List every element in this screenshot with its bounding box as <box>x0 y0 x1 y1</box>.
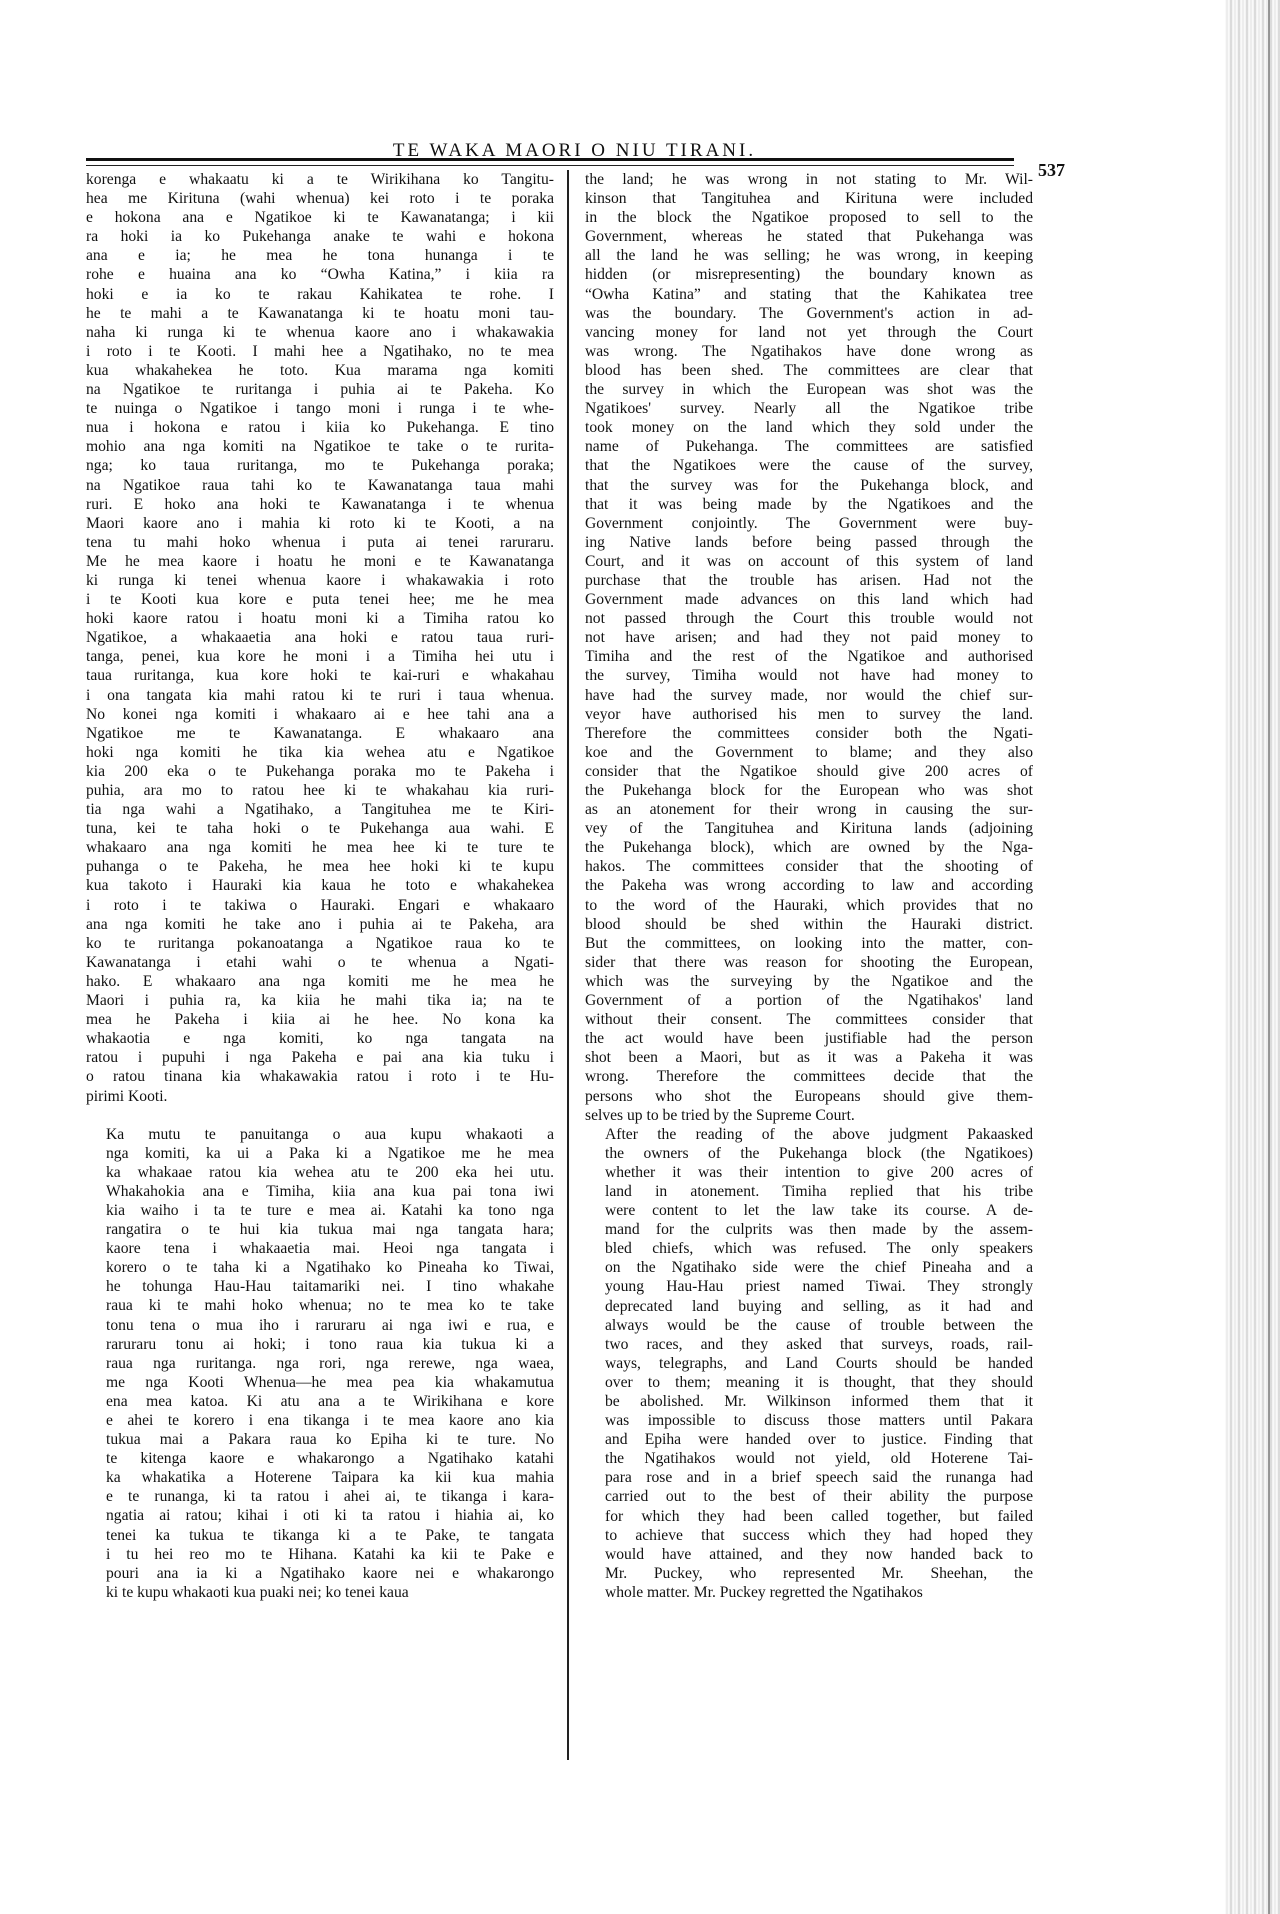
text-line: were content to let the law take its cou… <box>585 1201 1033 1220</box>
text-line: Government of a portion of the Ngatihako… <box>585 991 1033 1010</box>
text-line: ena mea katoa. Ki atu ana a te Wirikihan… <box>86 1392 554 1411</box>
text-line: Kawanatanga i etahi wahi o te whenua a N… <box>86 953 554 972</box>
text-line: blood should be shed within the Hauraki … <box>585 915 1033 934</box>
text-line: Court, and it was on account of this sys… <box>585 552 1033 571</box>
text-line: puhia, ara mo to ratou hee ki te whakaha… <box>86 781 554 800</box>
text-line: ra hoki ia ko Pukehanga anake te wahi e … <box>86 227 554 246</box>
text-line: have had the survey made, nor would the … <box>585 686 1033 705</box>
text-line: tuna, kei te taha hoki o te Pukehanga au… <box>86 819 554 838</box>
text-line: Maori i puhia ra, ka kiia he mahi tika i… <box>86 991 554 1010</box>
text-line: veyor have authorised his men to survey … <box>585 705 1033 724</box>
text-line: na Ngatikoe raua tahi ko te Kawanatanga … <box>86 476 554 495</box>
paragraph-english-judgment: the land; he was wrong in not stating to… <box>585 170 1033 1125</box>
text-line: i ona tangata kia mahi ratou ki te ruri … <box>86 686 554 705</box>
text-line: which was the surveying by the Ngatikoe … <box>585 972 1033 991</box>
text-line: land in atonement. Timiha replied that h… <box>585 1182 1033 1201</box>
text-line: was the boundary. The Government's actio… <box>585 304 1033 323</box>
text-line: sider that there was reason for shooting… <box>585 953 1033 972</box>
text-line: hoki e ia ko te rakau Kahikatea te rohe.… <box>86 285 554 304</box>
text-line: Maori kaore ano i mahia ki roto ki te Ko… <box>86 514 554 533</box>
text-line: to the word of the Hauraki, which provid… <box>585 896 1033 915</box>
text-line: selves up to be tried by the Supreme Cou… <box>585 1106 1033 1125</box>
text-line: tena tu mahi hoko whenua i puta ai tenei… <box>86 533 554 552</box>
text-line: tia nga wahi a Ngatihako, a Tangituhea m… <box>86 800 554 819</box>
text-line: tukua mai a Pakara raua ko Epiha ki te t… <box>86 1430 554 1449</box>
column-divider <box>567 170 569 1760</box>
text-line: not passed through the Court this troubl… <box>585 609 1033 628</box>
text-line: Whakahokia ana e Timiha, kiia ana kua pa… <box>86 1182 554 1201</box>
text-line: the survey, Timiha would not have had mo… <box>585 666 1033 685</box>
text-line: whakaaro ana nga komiti he mea hee ki te… <box>86 838 554 857</box>
text-line: ngatia ai ratou; kihai i oti ki ta ratou… <box>86 1506 554 1525</box>
text-line: hea me Kirituna (wahi whenua) kei roto i… <box>86 189 554 208</box>
text-line: whole matter. Mr. Puckey regretted the N… <box>585 1583 1033 1602</box>
text-line: young Hau-Hau priest named Tiwai. They s… <box>585 1277 1033 1296</box>
text-line: e ahei te korero i ena tikanga i te mea … <box>86 1411 554 1430</box>
text-line: the act would have been justifiable had … <box>585 1029 1033 1048</box>
text-line: blood has been shed. The committees are … <box>585 361 1033 380</box>
text-line: i roto i te Kooti. I mahi hee a Ngatihak… <box>86 342 554 361</box>
text-line: ratou i pupuhi i nga Pakeha e pai ana ki… <box>86 1048 554 1067</box>
text-line: Ngatikoe me te Kawanatanga. E whakaaro a… <box>86 724 554 743</box>
text-line: hoki nga komiti he tika kia wehea atu e … <box>86 743 554 762</box>
text-line: carried out to the best of their ability… <box>585 1487 1033 1506</box>
text-line: as an atonement for their wrong in causi… <box>585 800 1033 819</box>
text-line: nua i hokona e ratou i kiia ko Pukehanga… <box>86 418 554 437</box>
text-line: o ratou tinana kia whakawakia ratou i ro… <box>86 1067 554 1086</box>
text-line: ana nga komiti he take ano i puhia ai te… <box>86 915 554 934</box>
text-line: was wrong. The Ngatihakos have done wron… <box>585 342 1033 361</box>
text-line: ing Native lands before being passed thr… <box>585 533 1033 552</box>
text-line: pirimi Kooti. <box>86 1087 554 1106</box>
binding-edge-line <box>1268 0 1270 1914</box>
text-line: Therefore the committees consider both t… <box>585 724 1033 743</box>
text-line: kia 200 eka o te Pukehanga poraka mo te … <box>86 762 554 781</box>
text-line: mand for the culprits was then made by t… <box>585 1220 1033 1239</box>
text-line: all the land he was selling; he was wron… <box>585 246 1033 265</box>
text-line: mea he Pakeha i kiia ai he hee. No kona … <box>86 1010 554 1029</box>
text-line: kua takoto i Hauraki kia kaua he toto e … <box>86 876 554 895</box>
text-line: i roto i te takiwa o Hauraki. Engari e w… <box>86 896 554 915</box>
text-line: korero o te taha ki a Ngatihako ko Pinea… <box>86 1258 554 1277</box>
text-line: without their consent. The committees co… <box>585 1010 1033 1029</box>
paragraph-maori-judgment: korenga e whakaatu ki a te Wirikihana ko… <box>86 170 554 1106</box>
text-line: Government made advances on this land wh… <box>585 590 1033 609</box>
header-rule-thin <box>86 165 1014 166</box>
text-line: pouri ana ia ki a Ngatihako kaore nei e … <box>86 1564 554 1583</box>
text-line: korenga e whakaatu ki a te Wirikihana ko… <box>86 170 554 189</box>
text-line: the survey in which the European was sho… <box>585 380 1033 399</box>
text-line: na Ngatikoe te ruritanga i puhia ai te P… <box>86 380 554 399</box>
text-line: would have attained, and they now handed… <box>585 1545 1033 1564</box>
text-line: kaore tena i whakaaetia mai. Heoi nga ta… <box>86 1239 554 1258</box>
text-line: hoki kaore ratou i hoatu moni ki a Timih… <box>86 609 554 628</box>
text-line: Timiha and the rest of the Ngatikoe and … <box>585 647 1033 666</box>
text-line: koe and the Government to blame; and the… <box>585 743 1033 762</box>
text-line: over to them; meaning it is thought, tha… <box>585 1373 1033 1392</box>
running-header: TE WAKA MAORI O NIU TIRANI. 537 <box>88 140 1061 166</box>
newspaper-page: TE WAKA MAORI O NIU TIRANI. 537 korenga … <box>0 0 1280 1914</box>
text-line: consider that the Ngatikoe should give 2… <box>585 762 1033 781</box>
text-line: the owners of the Pukehanga block (the N… <box>585 1144 1033 1163</box>
text-line: e te runanga, ki ta ratou i ahei ai, te … <box>86 1487 554 1506</box>
header-rule-thick <box>86 158 1014 161</box>
text-line: in the block the Ngatikoe proposed to se… <box>585 208 1033 227</box>
text-line: tonu tena o mua iho i raruraru ai nga iw… <box>86 1316 554 1335</box>
text-line: he te mahi a te Kawanatanga ki te hoatu … <box>86 304 554 323</box>
text-line: i tu hei reo mo te Hihana. Katahi ka kii… <box>86 1545 554 1564</box>
text-line: the land; he was wrong in not stating to… <box>585 170 1033 189</box>
paragraph-english-proceedings: After the reading of the above judgment … <box>585 1125 1033 1602</box>
text-line: After the reading of the above judgment … <box>585 1125 1033 1144</box>
text-line: was impossible to discuss those matters … <box>585 1411 1033 1430</box>
text-line: kia waiho i ta te ture e mea ai. Katahi … <box>86 1201 554 1220</box>
text-line: mohio ana nga komiti na Ngatikoe te take… <box>86 437 554 456</box>
text-line: Ngatikoes' survey. Nearly all the Ngatik… <box>585 399 1033 418</box>
text-line: kua whakahekea he toto. Kua marama nga k… <box>86 361 554 380</box>
text-line: But the committees, on looking into the … <box>585 934 1033 953</box>
text-line: Government conjointly. The Government we… <box>585 514 1033 533</box>
text-line: raua nga ruritanga. nga rori, nga rerewe… <box>86 1354 554 1373</box>
text-line: e hokona ana e Ngatikoe ki te Kawanatang… <box>86 208 554 227</box>
text-line: No konei nga komiti i whakaaro ai e hee … <box>86 705 554 724</box>
text-line: he tohunga Hau-Hau taitamariki nei. I ti… <box>86 1277 554 1296</box>
text-line: to achieve that success which they had h… <box>585 1526 1033 1545</box>
text-line: i te Kooti kua kore e puta tenei hee; me… <box>86 590 554 609</box>
text-line: ki te kupu whakaoti kua puaki nei; ko te… <box>86 1583 554 1602</box>
text-line: nga komiti, ka ui a Paka ki a Ngatikoe m… <box>86 1144 554 1163</box>
text-line: taua ruritanga, kua kore hoki te kai-rur… <box>86 666 554 685</box>
left-column-maori-text: korenga e whakaatu ki a te Wirikihana ko… <box>86 170 554 1602</box>
text-line: shot been a Maori, but as it was a Pakeh… <box>585 1048 1033 1067</box>
text-line: deprecated land buying and selling, as i… <box>585 1297 1033 1316</box>
text-line: the Ngatihakos would not yield, old Hote… <box>585 1449 1033 1468</box>
text-line: ka whakaae ratou kia wehea atu te 200 ek… <box>86 1163 554 1182</box>
text-line: Mr. Puckey, who represented Mr. Sheehan,… <box>585 1564 1033 1583</box>
text-line: ki runga ki tenei whenua kaore i whakawa… <box>86 571 554 590</box>
text-line: naha ki runga ki te whenua kaore ano i w… <box>86 323 554 342</box>
text-line: nga; ko taua ruritanga, mo te Pukehanga … <box>86 456 554 475</box>
text-line: hakos. The committees consider that the … <box>585 857 1033 876</box>
text-line: tenei ka tukua te tikanga ki a te Pake, … <box>86 1526 554 1545</box>
text-line: and Epiha were handed over to justice. F… <box>585 1430 1033 1449</box>
text-line: ka whakatika a Hoterene Taipara ka kii k… <box>86 1468 554 1487</box>
text-line: whether it was their intention to give 2… <box>585 1163 1033 1182</box>
text-line: that the Ngatikoes were the cause of the… <box>585 456 1033 475</box>
text-line: raruraru tonu ai hoki; i tono raua kia t… <box>86 1335 554 1354</box>
text-line: always would be the cause of trouble bet… <box>585 1316 1033 1335</box>
text-line: the Pukehanga block), which are owned by… <box>585 838 1033 857</box>
text-line: for which they had been called together,… <box>585 1507 1033 1526</box>
text-line: Ngatikoe, a whakaaetia ana hoki e ratou … <box>86 628 554 647</box>
text-line: raua ki te mahi hoko whenua; no te mea k… <box>86 1296 554 1315</box>
text-line: Ka mutu te panuitanga o aua kupu whakaot… <box>86 1125 554 1144</box>
binding-edge-scan-artifact <box>1225 0 1280 1914</box>
text-line: purchase that the trouble has arisen. Ha… <box>585 571 1033 590</box>
page-number: 537 <box>1038 160 1065 181</box>
text-line: two races, and they asked that surveys, … <box>585 1335 1033 1354</box>
text-line: vancing money for land not yet through t… <box>585 323 1033 342</box>
text-line: the Pukehanga block for the European who… <box>585 781 1033 800</box>
text-line: bled chiefs, which was refused. The only… <box>585 1239 1033 1258</box>
text-line: name of Pukehanga. The committees are sa… <box>585 437 1033 456</box>
text-line: “Owha Katina” and stating that the Kahik… <box>585 285 1033 304</box>
text-line: Government, whereas he stated that Pukeh… <box>585 227 1033 246</box>
text-line: rohe e huaina ana ko “Owha Katina,” i ki… <box>86 265 554 284</box>
text-line: puhanga o te Pakeha, he mea hee hoki ki … <box>86 857 554 876</box>
text-line: the Pakeha was wrong according to law an… <box>585 876 1033 895</box>
text-line: kinson that Tangituhea and Kirituna were… <box>585 189 1033 208</box>
text-line: Me he mea kaore i hoatu he moni e te Kaw… <box>86 552 554 571</box>
text-line: para rose and in a brief speech said the… <box>585 1468 1033 1487</box>
text-line: that the survey was for the Pukehanga bl… <box>585 476 1033 495</box>
text-line: rangatira o te hui kia tukua mai nga tan… <box>86 1220 554 1239</box>
text-line: whakaotia e nga komiti, ko nga tangata n… <box>86 1029 554 1048</box>
text-line: on the Ngatihako side were the chief Pin… <box>585 1258 1033 1277</box>
text-line: ana e ia; he mea he tona hunanga i te <box>86 246 554 265</box>
text-line: be abolished. Mr. Wilkinson informed the… <box>585 1392 1033 1411</box>
text-line: tanga, penei, kua kore he moni i a Timih… <box>86 647 554 666</box>
text-line: took money on the land which they sold u… <box>585 418 1033 437</box>
text-line: not have arisen; and had they not paid m… <box>585 628 1033 647</box>
text-line: me nga Kooti Whenua—he mea pea kia whaka… <box>86 1373 554 1392</box>
text-line: that it was being made by the Ngatikoes … <box>585 495 1033 514</box>
text-line: ways, telegraphs, and Land Courts should… <box>585 1354 1033 1373</box>
text-line: ruri. E hoko ana hoki te Kawanatanga i t… <box>86 495 554 514</box>
text-line: te kitenga kaore e whakarongo a Ngatihak… <box>86 1449 554 1468</box>
paragraph-maori-proceedings: Ka mutu te panuitanga o aua kupu whakaot… <box>86 1125 554 1602</box>
text-line: wrong. Therefore the committees decide t… <box>585 1067 1033 1086</box>
text-line: ko te ruritanga pokanoatanga a Ngatikoe … <box>86 934 554 953</box>
right-column-english-text: the land; he was wrong in not stating to… <box>585 170 1033 1602</box>
text-line: hidden (or misrepresenting) the boundary… <box>585 265 1033 284</box>
text-line: persons who shot the Europeans should gi… <box>585 1087 1033 1106</box>
text-line: hako. E whakaaro ana nga komiti me he me… <box>86 972 554 991</box>
text-line: te nuinga o Ngatikoe i tango moni i rung… <box>86 399 554 418</box>
text-line: vey of the Tangituhea and Kirituna lands… <box>585 819 1033 838</box>
